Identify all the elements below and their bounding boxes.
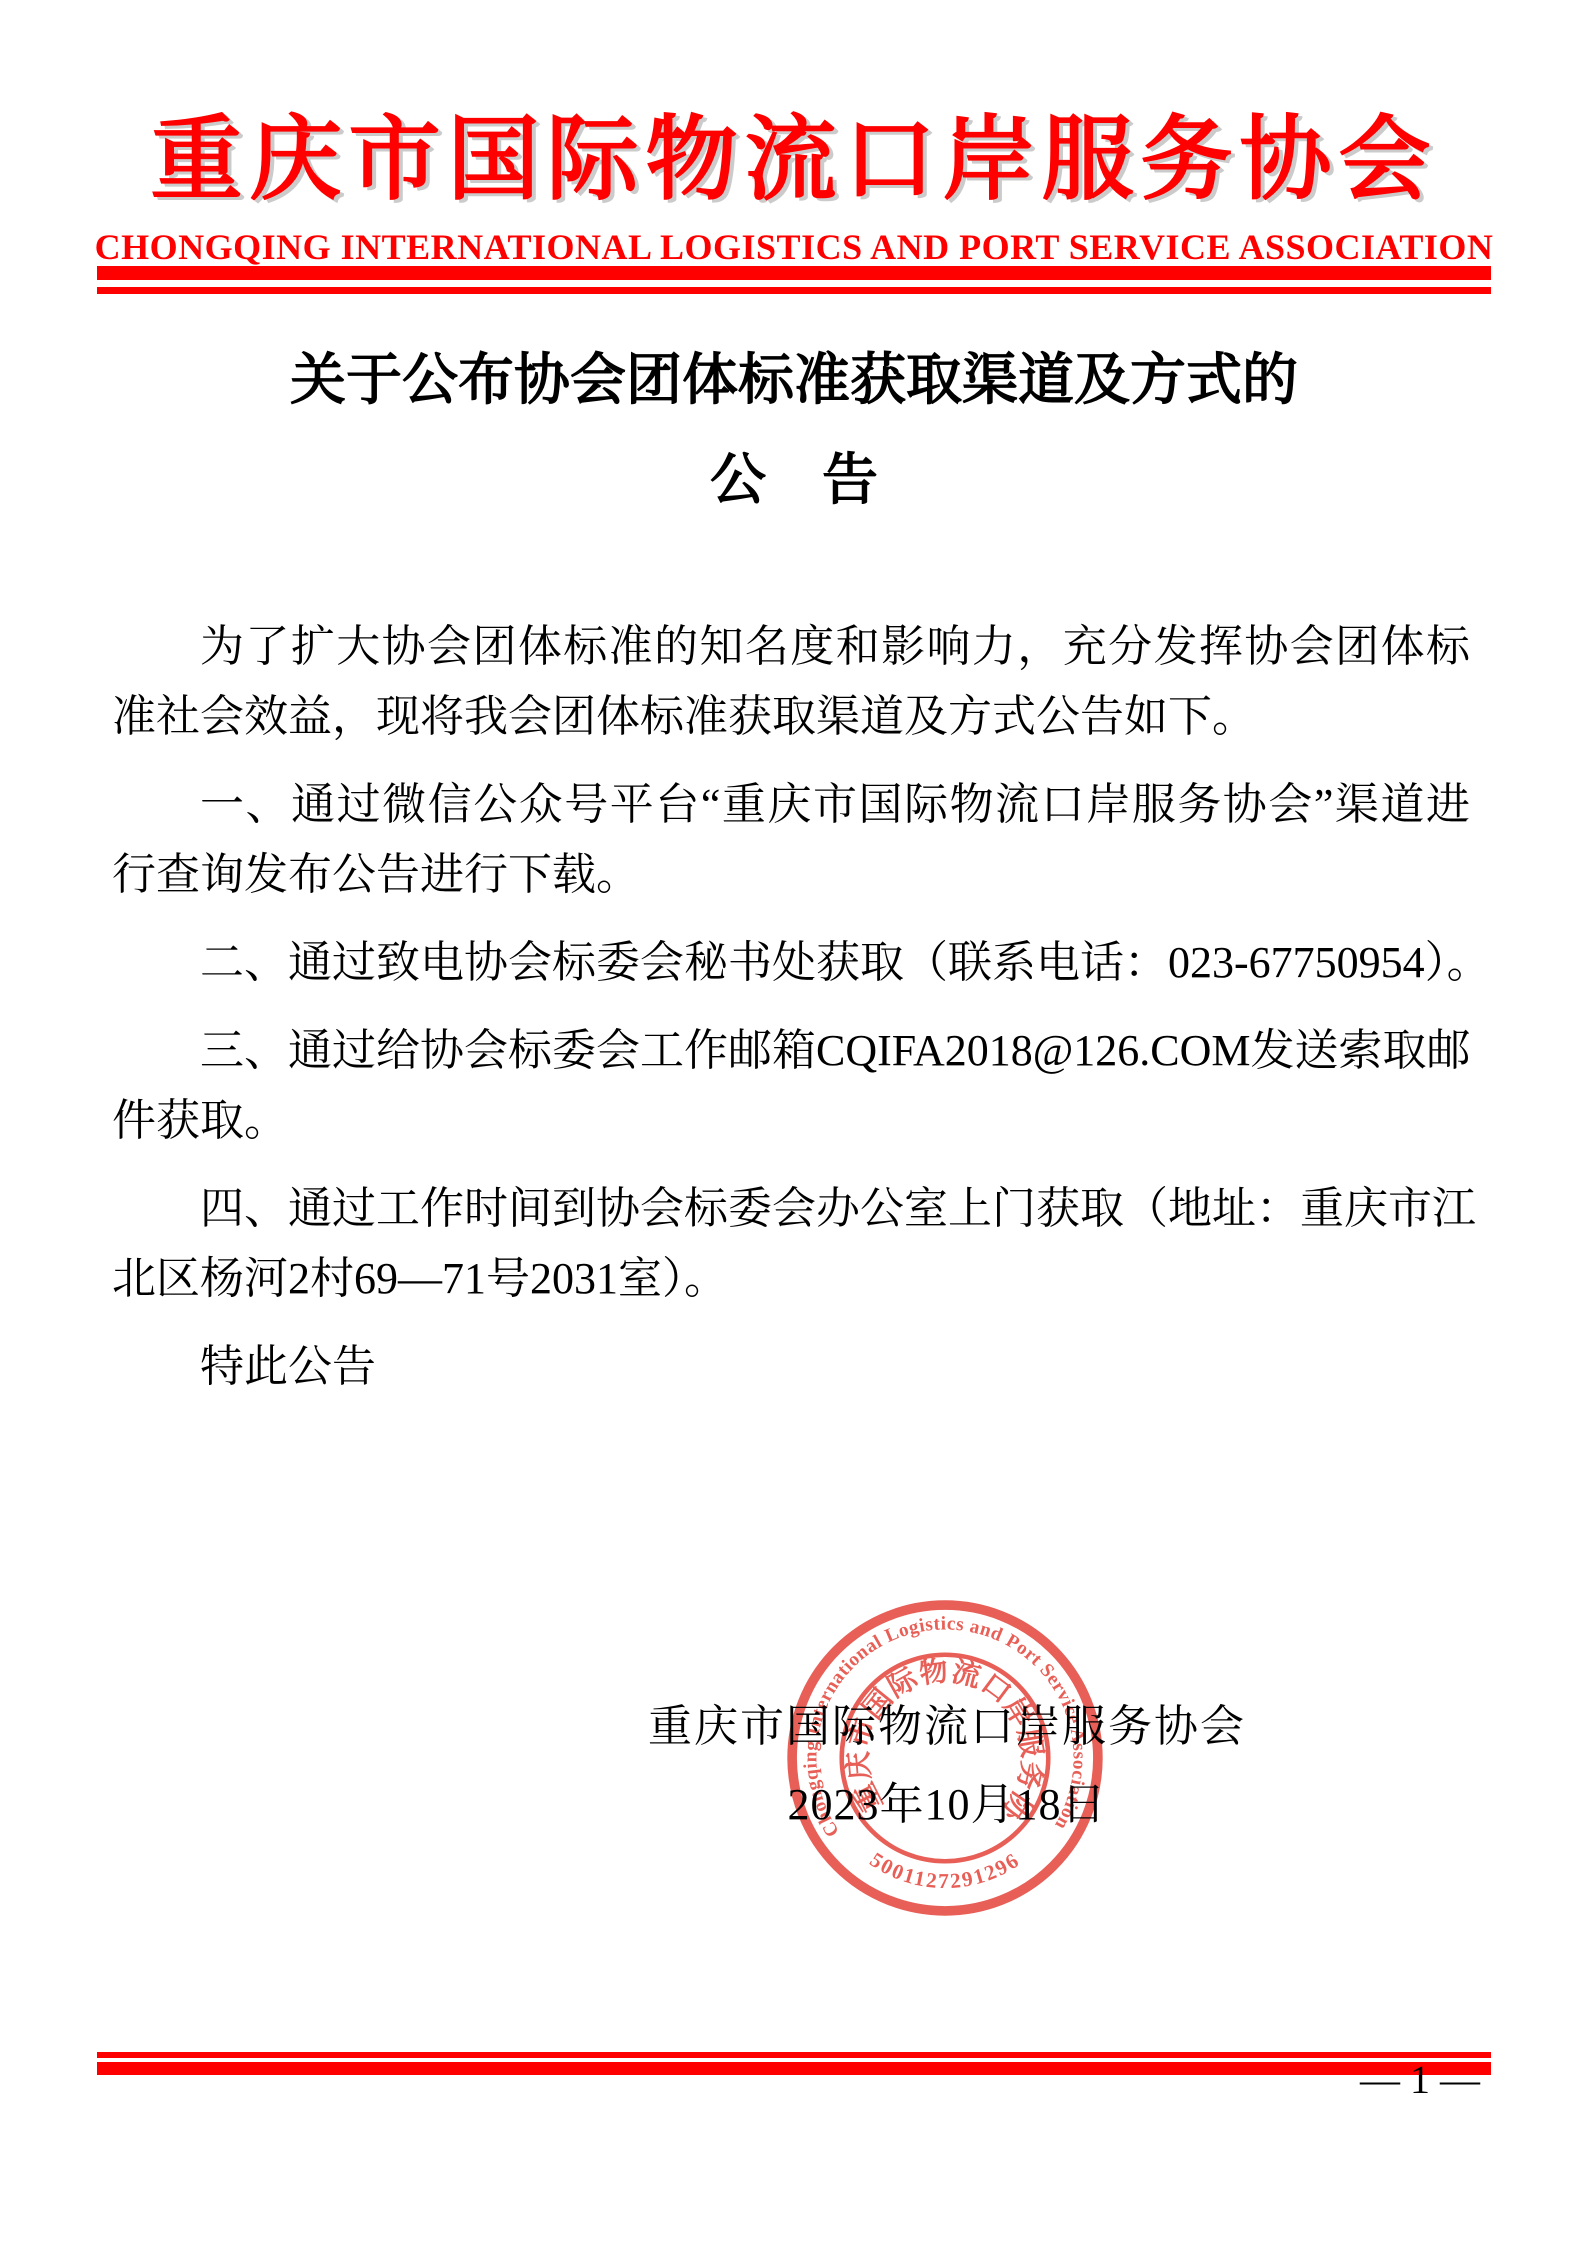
letterhead-org-name-en: CHONGQING INTERNATIONAL LOGISTICS AND PO… xyxy=(0,226,1588,268)
body-line: 北区杨河2村69—71号2031室）。 xyxy=(112,1244,1470,1314)
body-line: 准社会效益，现将我会团体标准获取渠道及方式公告如下。 xyxy=(112,682,1470,752)
body-line: 行查询发布公告进行下载。 xyxy=(112,840,1470,910)
body-line: 三、通过给协会标委会工作邮箱CQIFA2018@126.COM发送索取邮 xyxy=(112,1016,1470,1086)
body-line: 件获取。 xyxy=(112,1086,1470,1156)
body-text: 为了扩大协会团体标准的知名度和影响力，充分发挥协会团体标 准社会效益，现将我会团… xyxy=(112,612,1470,1402)
body-line: 一、通过微信公众号平台“重庆市国际物流口岸服务协会”渠道进 xyxy=(112,770,1470,840)
letterhead-rule-thick xyxy=(97,266,1491,280)
footer-rule-thick xyxy=(97,2062,1491,2075)
body-line: 为了扩大协会团体标准的知名度和影响力，充分发挥协会团体标 xyxy=(112,612,1470,682)
footer-rule-thin xyxy=(97,2052,1491,2058)
document-title-line2: 公 告 xyxy=(0,448,1588,515)
page-number: — 1 — xyxy=(1360,2056,1480,2104)
body-line: 特此公告 xyxy=(112,1332,1470,1402)
seal-outer-ring xyxy=(792,1605,1098,1911)
official-seal: Chongqing International Logistics and Po… xyxy=(783,1596,1107,1920)
document-title-line1: 关于公布协会团体标准获取渠道及方式的 xyxy=(0,348,1588,415)
body-line: 二、通过致电协会标委会秘书处获取（联系电话：023-67750954）。 xyxy=(112,928,1470,998)
letterhead-org-name-cn: 重庆市国际物流口岸服务协会 xyxy=(0,86,1588,218)
seal-number: 5001127291296 xyxy=(866,1847,1025,1893)
letterhead-rule-thin xyxy=(97,287,1491,294)
document-page: 重庆市国际物流口岸服务协会 CHONGQING INTERNATIONAL LO… xyxy=(0,0,1588,2245)
body-line: 四、通过工作时间到协会标委会办公室上门获取（地址：重庆市江 xyxy=(112,1174,1470,1244)
